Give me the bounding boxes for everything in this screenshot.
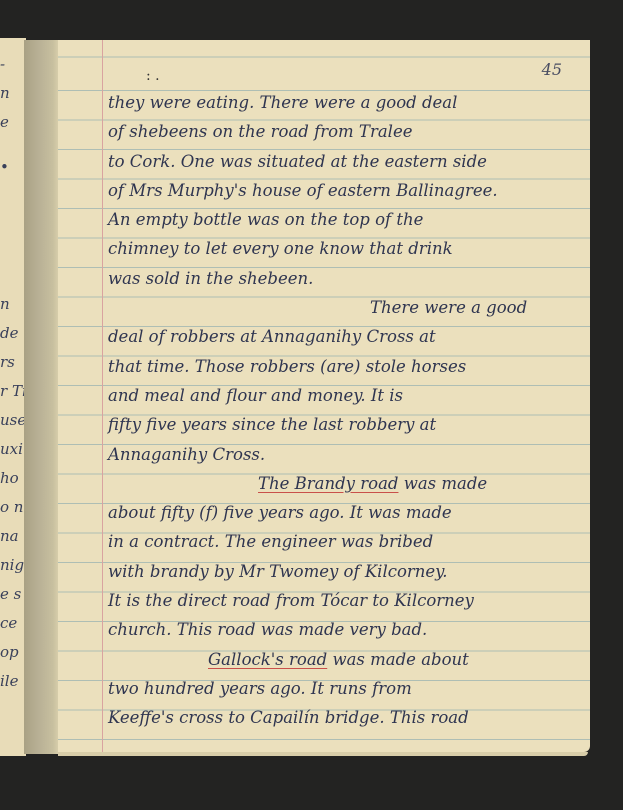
line-text: It is the direct road from Tócar to Kilc… <box>108 591 474 610</box>
page-stack-edge <box>58 752 588 756</box>
margin-line <box>102 40 103 752</box>
left-page-text-fragment: ile <box>0 672 18 690</box>
line-text: that time. Those robbers (are) stole hor… <box>108 357 466 376</box>
left-page-text-fragment: op <box>0 643 19 661</box>
left-page-text-fragment: n <box>0 84 10 102</box>
text-line: in a contract. The engineer was bribed <box>108 527 578 556</box>
left-page-text-fragment: uxi <box>0 440 23 458</box>
left-page-text-fragment: - <box>0 55 5 73</box>
text-line: It is the direct road from Tócar to Kilc… <box>108 586 578 615</box>
underlined-heading: Gallock's road <box>208 650 327 669</box>
text-line: with brandy by Mr Twomey of Kilcorney. <box>108 557 578 586</box>
text-line: two hundred years ago. It runs from <box>108 674 578 703</box>
line-text: fifty five years since the last robbery … <box>108 415 436 434</box>
notebook-page: : . 45 they were eating. There were a go… <box>58 40 590 752</box>
text-line: was sold in the shebeen. <box>108 264 578 293</box>
text-line: that time. Those robbers (are) stole hor… <box>108 352 578 381</box>
line-text: chimney to let every one know that drink <box>108 239 453 258</box>
line-text: Annaganihy Cross. <box>108 445 265 464</box>
text-line: church. This road was made very bad. <box>108 615 578 644</box>
line-text: church. This road was made very bad. <box>108 620 427 639</box>
text-line: to Cork. One was situated at the eastern… <box>108 147 578 176</box>
left-page-text-fragment: r Ti <box>0 382 26 400</box>
left-page-fragment: -ne•ndersr Tiuseuxihoo nnanige sceopile <box>0 38 26 756</box>
left-page-text-fragment: ce <box>0 614 17 632</box>
line-text: of Mrs Murphy's house of eastern Ballina… <box>108 181 498 200</box>
line-text: in a contract. The engineer was bribed <box>108 532 433 551</box>
left-page-text-fragment: e <box>0 113 9 131</box>
line-text: was sold in the shebeen. <box>108 269 313 288</box>
left-page-text-fragment: e s <box>0 585 21 603</box>
text-line: An empty bottle was on the top of the <box>108 205 578 234</box>
book-gutter <box>24 40 60 754</box>
left-page-text-fragment: nig <box>0 556 24 574</box>
text-line: The Brandy road was made <box>108 469 578 498</box>
left-page-text-fragment: n <box>0 295 10 313</box>
text-line: and meal and flour and money. It is <box>108 381 578 410</box>
text-line: Keeffe's cross to Capailín bridge. This … <box>108 703 578 732</box>
text-line: There were a good <box>108 293 578 322</box>
text-line: Gallock's road was made about <box>108 645 578 674</box>
left-page-text-fragment: o n <box>0 498 23 516</box>
line-text: about fifty (f) five years ago. It was m… <box>108 503 452 522</box>
text-line: of Mrs Murphy's house of eastern Ballina… <box>108 176 578 205</box>
left-page-text-fragment: use <box>0 411 26 429</box>
line-text: of shebeens on the road from Tralee <box>108 122 412 141</box>
left-page-text-fragment: ho <box>0 469 19 487</box>
text-line: Annaganihy Cross. <box>108 440 578 469</box>
line-text: Keeffe's cross to Capailín bridge. This … <box>108 708 469 727</box>
left-page-text-fragment: rs <box>0 353 15 371</box>
text-line: chimney to let every one know that drink <box>108 234 578 263</box>
line-text: to Cork. One was situated at the eastern… <box>108 152 487 171</box>
handwritten-text: they were eating. There were a good deal… <box>108 88 578 733</box>
left-page-text-fragment: na <box>0 527 19 545</box>
line-text: An empty bottle was on the top of the <box>108 210 423 229</box>
text-line: fifty five years since the last robbery … <box>108 410 578 439</box>
line-text: they were eating. There were a good deal <box>108 93 457 112</box>
line-text: with brandy by Mr Twomey of Kilcorney. <box>108 562 448 581</box>
underlined-heading: The Brandy road <box>258 474 398 493</box>
left-page-text-fragment: de <box>0 324 18 342</box>
text-line: about fifty (f) five years ago. It was m… <box>108 498 578 527</box>
line-text: was made about <box>327 650 469 669</box>
line-text: and meal and flour and money. It is <box>108 386 403 405</box>
line-text: was made <box>398 474 487 493</box>
text-line: deal of robbers at Annaganihy Cross at <box>108 322 578 351</box>
page-number: 45 <box>542 60 562 79</box>
line-text: two hundred years ago. It runs from <box>108 679 412 698</box>
ink-marks: : . <box>146 68 160 84</box>
text-line: of shebeens on the road from Tralee <box>108 117 578 146</box>
line-text: deal of robbers at Annaganihy Cross at <box>108 327 436 346</box>
left-page-text-fragment: • <box>0 158 9 176</box>
line-text: There were a good <box>370 298 527 317</box>
text-line: they were eating. There were a good deal <box>108 88 578 117</box>
